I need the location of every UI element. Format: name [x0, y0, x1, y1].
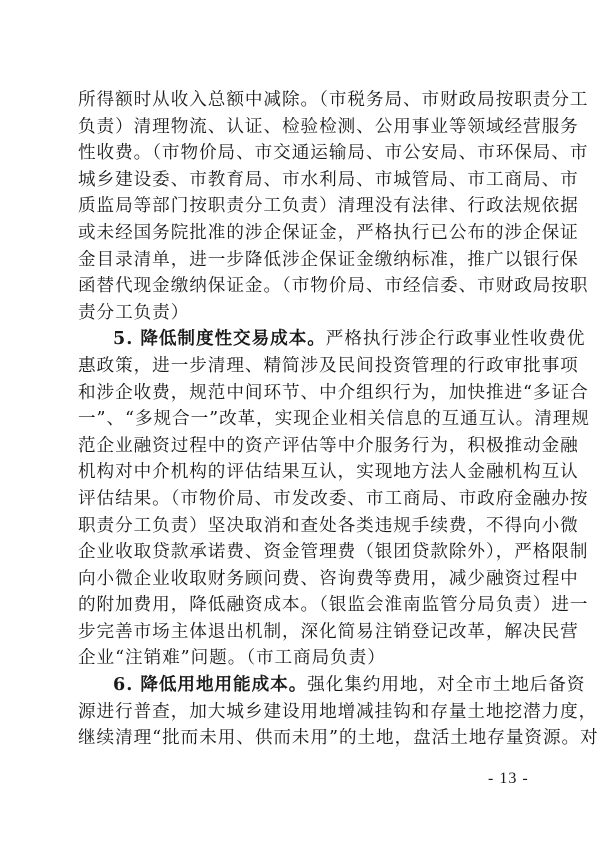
section-6-text: 强化集约用地，对全市土地后备资 — [307, 675, 585, 695]
section-6-first-line: 6. 降低用地用能成本。强化集约用地，对全市土地后备资 — [78, 672, 524, 699]
document-body: 所得额时从收入总额中减除。（市税务局、市财政局按职责分工 负责）清理物流、认证、… — [78, 87, 524, 752]
text-line: 职责分工负责）坚决取消和查处各类违规手续费，不得向小微 — [78, 513, 524, 540]
text-line: 机构对中介机构的评估结果互认，实现地方法人金融机构互认 — [78, 459, 524, 486]
section-5-heading: 5. 降低制度性交易成本。 — [113, 328, 326, 349]
text-line: 一”、“多规合一”改革，实现企业相关信息的互通互认。清理规 — [78, 406, 524, 433]
text-line: 步完善市场主体退出机制，深化简易注销登记改革，解决民营 — [78, 619, 524, 646]
text-line: 范企业融资过程中的资产评估等中介服务行为，积极推动金融 — [78, 433, 524, 460]
text-line: 函替代现金缴纳保证金。（市物价局、市经信委、市财政局按职 — [78, 273, 524, 300]
text-line: 的附加费用，降低融资成本。（银监会淮南监管分局负责）进一 — [78, 592, 524, 619]
text-line: 所得额时从收入总额中减除。（市税务局、市财政局按职责分工 — [78, 87, 524, 114]
text-line: 城乡建设委、市教育局、市水利局、市城管局、市工商局、市 — [78, 167, 524, 194]
text-line: 企业收取贷款承诺费、资金管理费（银团贷款除外），严格限制 — [78, 539, 524, 566]
document-page: 所得额时从收入总额中减除。（市税务局、市财政局按职责分工 负责）清理物流、认证、… — [0, 0, 600, 847]
text-line: 和涉企收费，规范中间环节、中介组织行为，加快推进“多证合 — [78, 380, 524, 407]
text-line: 评估结果。（市物价局、市发改委、市工商局、市政府金融办按 — [78, 486, 524, 513]
text-line: 或未经国务院批准的涉企保证金，严格执行已公布的涉企保证 — [78, 220, 524, 247]
text-line: 责分工负责） — [78, 300, 524, 327]
text-line: 性收费。（市物价局、市交通运输局、市公安局、市环保局、市 — [78, 140, 524, 167]
page-number: - 13 - — [488, 770, 529, 788]
section-5-first-line: 5. 降低制度性交易成本。严格执行涉企行政事业性收费优 — [78, 326, 524, 353]
text-line: 源进行普查，加大城乡建设用地增减挂钩和存量土地挖潜力度， — [78, 699, 524, 726]
text-line: 质监局等部门按职责分工负责）清理没有法律、行政法规依据 — [78, 193, 524, 220]
text-line: 向小微企业收取财务顾问费、咨询费等费用，减少融资过程中 — [78, 566, 524, 593]
text-line: 金目录清单，进一步降低涉企保证金缴纳标准，推广以银行保 — [78, 247, 524, 274]
section-5-text: 严格执行涉企行政事业性收费优 — [326, 329, 586, 349]
text-line: 负责）清理物流、认证、检验检测、公用事业等领域经营服务 — [78, 114, 524, 141]
text-line: 惠政策，进一步清理、精简涉及民间投资管理的行政审批事项 — [78, 353, 524, 380]
text-line: 企业“注销难”问题。（市工商局负责） — [78, 645, 524, 672]
section-6-heading: 6. 降低用地用能成本。 — [113, 674, 307, 695]
text-line: 继续清理“批而未用、供而未用”的土地，盘活土地存量资源。对 — [78, 725, 524, 752]
